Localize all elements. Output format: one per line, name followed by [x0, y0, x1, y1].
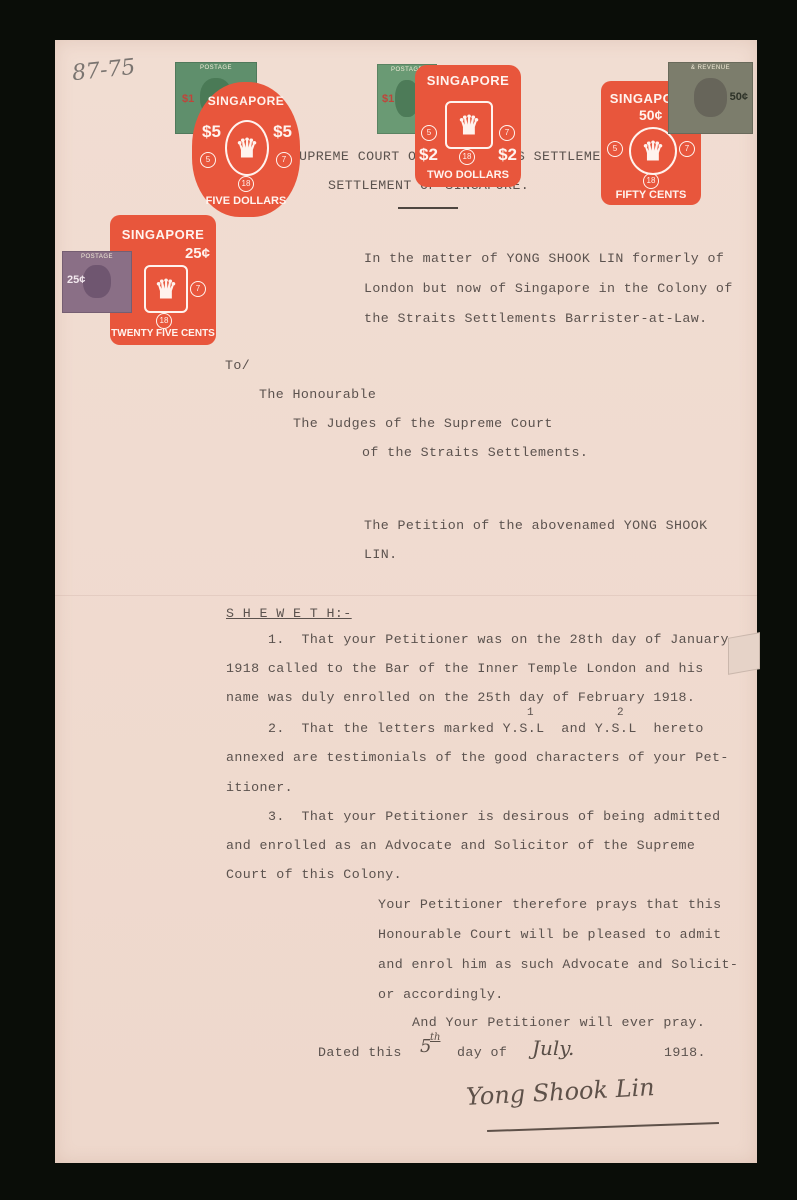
- revenue-stamp-five-dollars: SINGAPORE $5 $5 ♛ 5 7 18 FIVE DOLLARS: [192, 82, 300, 217]
- stamp-value-left: $5: [202, 122, 221, 142]
- stamp-denomination: FIVE DOLLARS: [192, 195, 300, 207]
- addressee-line-1: The Honourable: [259, 387, 376, 402]
- stamp-label: & REVENUE: [669, 65, 752, 71]
- crown-icon: ♛: [144, 265, 188, 313]
- dated-month: July.: [532, 1036, 574, 1060]
- crown-icon: ♛: [225, 120, 269, 176]
- stamp-label: POSTAGE: [176, 65, 256, 71]
- stamp-value: $1: [382, 93, 394, 105]
- stamp-value: 25¢: [185, 245, 210, 262]
- ring-18: 18: [238, 176, 254, 192]
- ring-18: 18: [156, 313, 172, 329]
- paragraph-1-line-1: 1. That your Petitioner was on the 28th …: [268, 632, 729, 647]
- paragraph-2-line-3: itioner.: [226, 780, 293, 795]
- crown-icon: ♛: [629, 127, 677, 175]
- paragraph-1-line-2: 1918 called to the Bar of the Inner Temp…: [226, 661, 704, 676]
- prayer-line-1: Your Petitioner therefore prays that thi…: [378, 897, 722, 912]
- ring-18: 18: [459, 149, 475, 165]
- matter-line-1: In the matter of YONG SHOOK LIN formerly…: [364, 251, 724, 266]
- paragraph-3-line-2: and enrolled as an Advocate and Solicito…: [226, 838, 695, 853]
- stamp-denomination: TWENTY FIVE CENTS: [110, 328, 216, 339]
- sheweth-heading: S H E W E T H:-: [226, 606, 352, 621]
- stamp-country: SINGAPORE: [110, 227, 216, 242]
- ring-5: 5: [200, 152, 216, 168]
- ring-18: 18: [643, 173, 659, 189]
- paragraph-3-line-1: 3. That your Petitioner is desirous of b…: [268, 809, 721, 824]
- paragraph-1-line-3: name was duly enrolled on the 25th day o…: [226, 690, 695, 705]
- ring-7: 7: [679, 141, 695, 157]
- stamp-value: 50¢: [639, 107, 662, 123]
- stamp-country: SINGAPORE: [192, 94, 300, 108]
- stamp-country: SINGAPORE: [415, 73, 521, 88]
- revenue-stamp-grey: & REVENUE 50¢: [668, 62, 753, 134]
- stamp-value-right: $2: [498, 145, 517, 165]
- stamp-label: POSTAGE: [63, 254, 131, 260]
- prayer-line-4: or accordingly.: [378, 987, 504, 1002]
- stamp-denomination: FIFTY CENTS: [601, 189, 701, 201]
- ysl-superscript-1: 1: [527, 707, 534, 719]
- paper-tear-patch: [728, 632, 760, 675]
- ysl-superscript-2: 2: [617, 707, 624, 719]
- paragraph-3-line-3: Court of this Colony.: [226, 867, 402, 882]
- dated-day-suffix: th: [430, 1032, 440, 1043]
- addressee-line-2: The Judges of the Supreme Court: [293, 416, 553, 431]
- ring-5: 5: [607, 141, 623, 157]
- stamp-value-left: $2: [419, 145, 438, 165]
- king-portrait-icon: [694, 78, 727, 117]
- crown-icon: ♛: [445, 101, 493, 149]
- stamp-value-right: $5: [273, 122, 292, 142]
- ring-7: 7: [276, 152, 292, 168]
- prayer-line-2: Honourable Court will be pleased to admi…: [378, 927, 722, 942]
- paragraph-2-line-1: 2. That the letters marked Y.S.L and Y.S…: [268, 721, 704, 736]
- paragraph-2-line-2: annexed are testimonials of the good cha…: [226, 750, 729, 765]
- closing-line: And Your Petitioner will ever pray.: [412, 1015, 705, 1030]
- king-portrait-icon: [83, 265, 110, 298]
- prayer-line-3: and enrol him as such Advocate and Solic…: [378, 957, 738, 972]
- addressee-to: To/: [225, 358, 250, 373]
- addressee-line-3: of the Straits Settlements.: [362, 445, 588, 460]
- ring-5: 5: [421, 125, 437, 141]
- stamp-value: 50¢: [730, 91, 748, 103]
- dated-year: 1918.: [664, 1045, 706, 1060]
- ring-7: 7: [190, 281, 206, 297]
- revenue-stamp-two-dollars: SINGAPORE ♛ 5 7 $2 18 $2 TWO DOLLARS: [415, 65, 521, 187]
- dated-middle: day of: [457, 1045, 507, 1060]
- postage-stamp-purple: POSTAGE 25¢: [62, 251, 132, 313]
- paper-fold: [55, 595, 757, 596]
- ring-7: 7: [499, 125, 515, 141]
- dated-prefix: Dated this: [318, 1045, 402, 1060]
- stamp-value: 25¢: [67, 274, 85, 286]
- stamp-denomination: TWO DOLLARS: [415, 169, 521, 181]
- petition-title-line-2: LIN.: [364, 547, 398, 562]
- matter-line-2: London but now of Singapore in the Colon…: [364, 281, 733, 296]
- heading-rule: [398, 207, 458, 209]
- matter-line-3: the Straits Settlements Barrister-at-Law…: [364, 311, 708, 326]
- petition-title-line-1: The Petition of the abovenamed YONG SHOO…: [364, 518, 708, 533]
